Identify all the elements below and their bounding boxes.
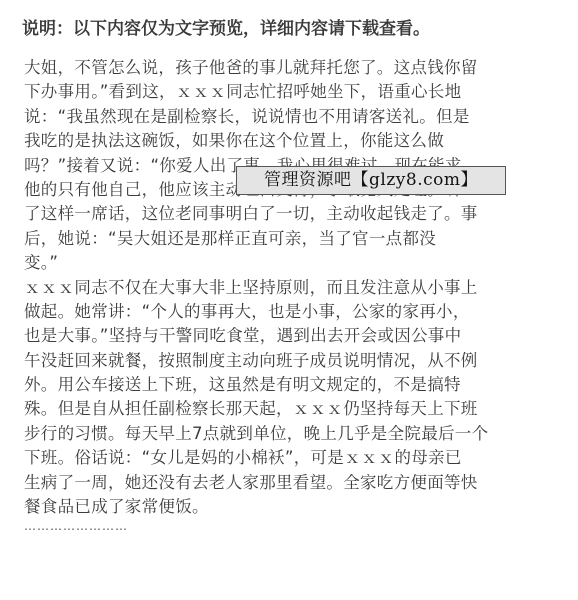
text-line: 下办事用。”看到这，ｘｘｘ同志忙招呼她坐下，语重心长地 (24, 80, 554, 104)
text-line: 生病了一周，她还没有去老人家那里看望。全家吃方便面等快 (24, 471, 554, 495)
text-line: ｘｘｘ同志不仅在大事大非上坚持原则，而且发注意从小事上 (24, 276, 554, 300)
document-body: 大姐，不管怎么说，孩子他爸的事儿就拜托您了。这点钱你留 下办事用。”看到这，ｘｘ… (24, 56, 554, 539)
text-line: 我吃的是执法这碗饭，如果你在这个位置上，你能这么做 (24, 129, 554, 153)
text-line: 了这样一席话，这位老同事明白了一切，主动收起钱走了。事 (24, 202, 554, 226)
text-line: 也是大事。”坚持与干警同吃食堂，遇到出去开会或因公事中 (24, 324, 554, 348)
text-line: 说：“我虽然现在是副检察长，说说情也不用请客送礼。但是 (24, 105, 554, 129)
text-line: 大姐，不管怎么说，孩子他爸的事儿就拜托您了。这点钱你留 (24, 56, 554, 80)
text-line: 餐食品已成了家常便饭。 (24, 495, 554, 519)
watermark-banner: 管理资源吧【glzy8.com】 (236, 166, 506, 195)
text-line: 下班。俗话说：“女儿是妈的小棉袄”，可是ｘｘｘ的母亲已 (24, 446, 554, 470)
text-line: 后，她说：“吴大姐还是那样正直可亲，当了官一点都没 (24, 227, 554, 251)
text-line: 午没赶回来就餐，按照制度主动向班子成员说明情况，从不例 (24, 349, 554, 373)
preview-notice: 说明：以下内容仅为文字预览，详细内容请下载查看。 (22, 14, 430, 39)
text-line: 做起。她常讲：“个人的事再大，也是小事，公家的家再小， (24, 300, 554, 324)
text-line: 殊。但是自从担任副检察长那天起，ｘｘｘ仍坚持每天上下班 (24, 397, 554, 421)
continuation-ellipsis: …………………… (24, 519, 554, 539)
text-line: 外。用公车接送上下班，这虽然是有明文规定的，不是搞特 (24, 373, 554, 397)
text-line: 步行的习惯。每天早上7点就到单位，晚上几乎是全院最后一个 (24, 422, 554, 446)
text-line: 变。” (24, 251, 554, 275)
